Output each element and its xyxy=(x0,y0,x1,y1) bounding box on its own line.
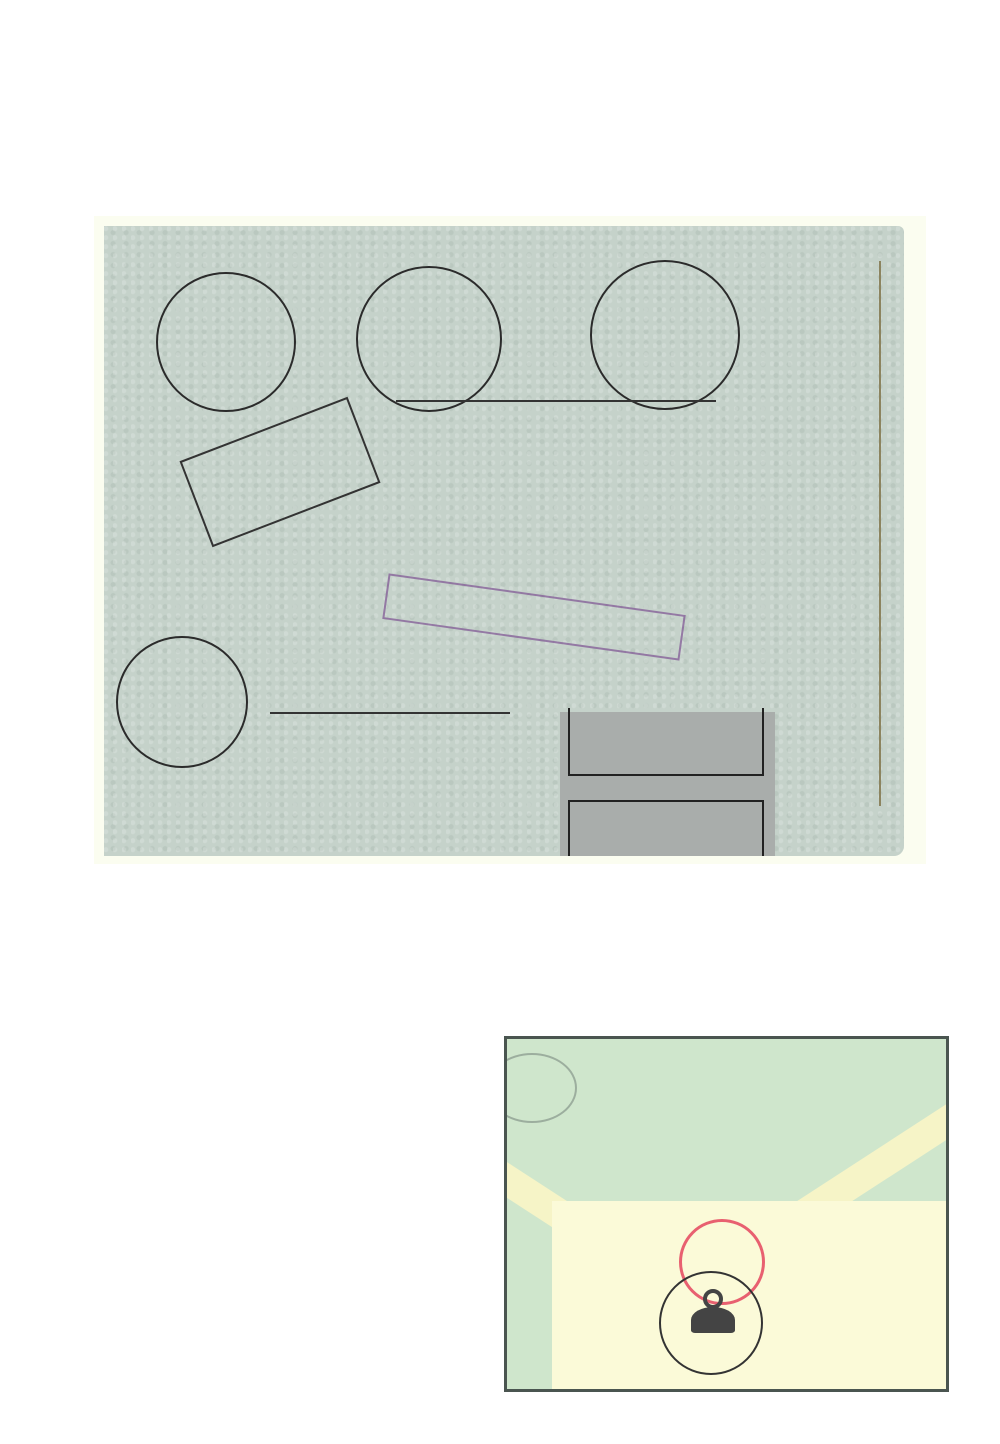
wehrmacht-censor-seal xyxy=(659,1271,763,1375)
handwritten-underline xyxy=(879,261,881,806)
cover-reverse-image xyxy=(504,1036,949,1392)
wreath-icon xyxy=(703,1289,723,1309)
airmail-label xyxy=(179,397,380,547)
eagle-icon xyxy=(691,1307,735,1333)
airmail-label-chinese xyxy=(184,403,348,466)
airmail-label-english xyxy=(184,405,348,468)
cover-front-image xyxy=(104,226,904,856)
postmark xyxy=(356,266,502,412)
censor-handstamp xyxy=(382,573,685,660)
par-avion-label xyxy=(560,712,775,856)
postmark xyxy=(504,1053,577,1123)
postmark xyxy=(116,636,248,768)
postmark xyxy=(156,272,296,412)
description-block xyxy=(20,1004,500,1026)
endorsement-underline xyxy=(396,400,716,402)
postmark xyxy=(590,260,740,410)
par-avion-frame xyxy=(568,708,764,776)
par-avion-frame-lower xyxy=(568,800,764,856)
address-underline xyxy=(270,712,510,714)
